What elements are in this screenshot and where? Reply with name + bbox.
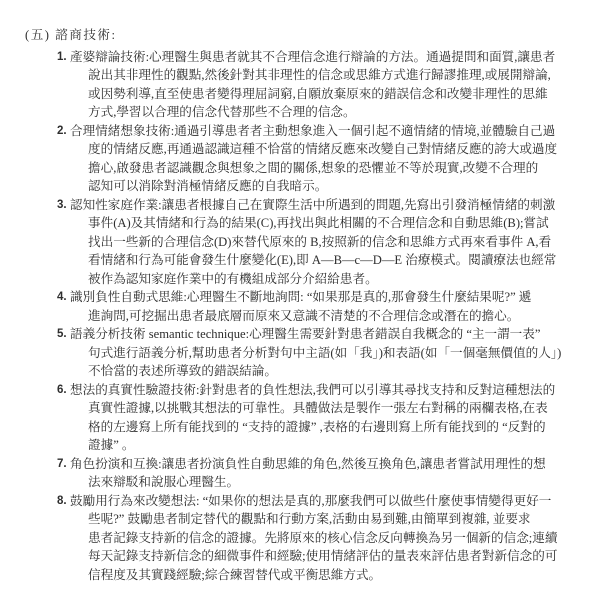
item-text-line: 識別負性自動式思維:心理醫生不斷地詢問: “如果那是真的,那會發生什麼結果呢?”…: [70, 288, 531, 307]
list-item: 6. 想法的真實性驗證技術:針對患者的負性想法,我們可以引導其尋找支持和反對這種…: [57, 381, 576, 455]
item-number: 7.: [57, 455, 70, 474]
list-item: 4. 識別負性自動式思維:心理醫生不斷地詢問: “如果那是真的,那會發生什麼結果…: [57, 288, 576, 325]
item-text-line: 事件(A)及其情緒和行為的結果(C),再找出與此相關的不合理信念和自動思維(B)…: [88, 214, 576, 233]
item-text-line: 度的情緒反應,再通過認識這種不恰當的情緒反應來改變自己對情緒反應的誇大或過度: [88, 140, 576, 159]
item-text-line: 認知性家庭作業:讓患者根據自己在實際生活中所遇到的問題,先寫出引發消極情緒的刺激: [70, 196, 555, 215]
item-text-line: 認知可以消除對消極情緒反應的自我暗示。: [88, 177, 576, 196]
item-text-line: 每天記錄支持新信念的細微事件和經驗;使用情緒評估的量表來評估患者對新信念的可: [88, 547, 576, 566]
item-text-line: 看情緒和行為可能會發生什麼變化(E),即 A—B—c—D—E 治療模式。閱讀療法…: [88, 251, 576, 270]
item-number: 5.: [57, 325, 70, 344]
item-number: 8.: [57, 492, 70, 511]
list-item: 8. 鼓勵用行為來改變想法: “如果你的想法是真的,那麼我們可以做些什麼使事情變…: [57, 492, 576, 585]
item-text-line: 或因勢利導,直至使患者變得理屈詞窮,自願放棄原來的錯誤信念和改變非理性的思維: [88, 85, 576, 104]
item-text-line: 被作為認知家庭作業中的有機組成部分介紹給患者。: [88, 270, 576, 289]
item-text-line: 證據” 。: [88, 436, 576, 455]
item-line: 6. 想法的真實性驗證技術:針對患者的負性想法,我們可以引導其尋找支持和反對這種…: [57, 381, 576, 400]
list-item: 1. 產婆辯論技術:心理醫生與患者就其不合理信念進行辯論的方法。通過提問和面質,…: [57, 48, 576, 122]
section-heading: (五) 諮商技術:: [25, 26, 576, 45]
list-item: 3. 認知性家庭作業:讓患者根據自己在實際生活中所遇到的問題,先寫出引發消極情緒…: [57, 196, 576, 289]
item-text-line: 不恰當的表述所導致的錯誤結論。: [88, 362, 576, 381]
item-line: 1. 產婆辯論技術:心理醫生與患者就其不合理信念進行辯論的方法。通過提問和面質,…: [57, 48, 576, 67]
item-text-line: 患者記錄支持新的信念的證據。先將原來的核心信念反向轉換為另一個新的信念;連續: [88, 529, 576, 548]
item-text-line: 鼓勵用行為來改變想法: “如果你的想法是真的,那麼我們可以做些什麼使事情變得更好…: [70, 492, 551, 511]
item-line: 7. 角色扮演和互換:讓患者扮演負性自動思維的角色,然後互換角色,讓患者嘗試用理…: [57, 455, 576, 474]
item-text-line: 進詢問,可挖掘出患者最底層而原來又意識不清楚的不合理信念或潛在的擔心。: [88, 307, 576, 326]
item-text-line: 語義分析技術 semantic technique:心理醫生需要針對患者錯誤自我…: [70, 325, 540, 344]
item-line: 2. 合理情緒想象技術:通過引導患者者主動想象進入一個引起不適情緒的情境,並體驗…: [57, 122, 576, 141]
item-text-line: 想法的真實性驗證技術:針對患者的負性想法,我們可以引導其尋找支持和反對這種想法的: [70, 381, 555, 400]
item-line: 5. 語義分析技術 semantic technique:心理醫生需要針對患者錯…: [57, 325, 576, 344]
list-item: 7. 角色扮演和互換:讓患者扮演負性自動思維的角色,然後互換角色,讓患者嘗試用理…: [57, 455, 576, 492]
document-page: (五) 諮商技術: 1. 產婆辯論技術:心理醫生與患者就其不合理信念進行辯論的方…: [0, 0, 596, 600]
item-number: 6.: [57, 381, 70, 400]
item-text-line: 法來辯駁和說服心理醫生。: [88, 473, 576, 492]
item-text-line: 方式,學習以合理的信念代替那些不合理的信念。: [88, 103, 576, 122]
numbered-list: 1. 產婆辯論技術:心理醫生與患者就其不合理信念進行辯論的方法。通過提問和面質,…: [25, 48, 576, 585]
item-text-line: 角色扮演和互換:讓患者扮演負性自動思維的角色,然後互換角色,讓患者嘗試用理性的想: [70, 455, 546, 474]
item-number: 2.: [57, 122, 70, 141]
item-line: 8. 鼓勵用行為來改變想法: “如果你的想法是真的,那麼我們可以做些什麼使事情變…: [57, 492, 576, 511]
item-text-line: 合理情緒想象技術:通過引導患者者主動想象進入一個引起不適情緒的情境,並體驗自己過: [70, 122, 555, 141]
item-text-line: 信程度及其實踐經驗;綜合練習替代或平衡思維方式。: [88, 566, 576, 585]
item-text-line: 擔心,啟發患者認識觀念與想象之間的關係,想象的恐懼並不等於現實,改變不合理的: [88, 159, 576, 178]
item-number: 3.: [57, 196, 70, 215]
item-number: 1.: [57, 48, 70, 67]
item-line: 4. 識別負性自動式思維:心理醫生不斷地詢問: “如果那是真的,那會發生什麼結果…: [57, 288, 576, 307]
list-item: 2. 合理情緒想象技術:通過引導患者者主動想象進入一個引起不適情緒的情境,並體驗…: [57, 122, 576, 196]
item-line: 3. 認知性家庭作業:讓患者根據自己在實際生活中所遇到的問題,先寫出引發消極情緒…: [57, 196, 576, 215]
list-item: 5. 語義分析技術 semantic technique:心理醫生需要針對患者錯…: [57, 325, 576, 381]
item-text-line: 真實性證據,以挑戰其想法的可靠性。具體做法是製作一張左右對稱的兩欄表格,在表: [88, 399, 576, 418]
item-text-line: 格的左邊寫上所有能找到的 “支持的證據” ,表格的右邊則寫上所有能找到的 “反對…: [88, 418, 576, 437]
item-number: 4.: [57, 288, 70, 307]
item-text-line: 找出一些新的合理信念(D)來替代原來的 B,按照新的信念和思維方式再來看事件 A…: [88, 233, 576, 252]
item-text-line: 些呢?” 鼓勵患者制定替代的觀點和行動方案,活動由易到難,由簡單到複雜, 並要求: [88, 510, 576, 529]
item-text-line: 句式進行語義分析,幫助患者分析對句中主語(如「我」)和表語(如「一個毫無價值的人…: [88, 344, 576, 363]
item-text-line: 產婆辯論技術:心理醫生與患者就其不合理信念進行辯論的方法。通過提問和面質,讓患者: [70, 48, 555, 67]
item-text-line: 說出其非理性的觀點,然後針對其非理性的信念或思維方式進行歸謬推理,或展開辯論,: [88, 66, 576, 85]
